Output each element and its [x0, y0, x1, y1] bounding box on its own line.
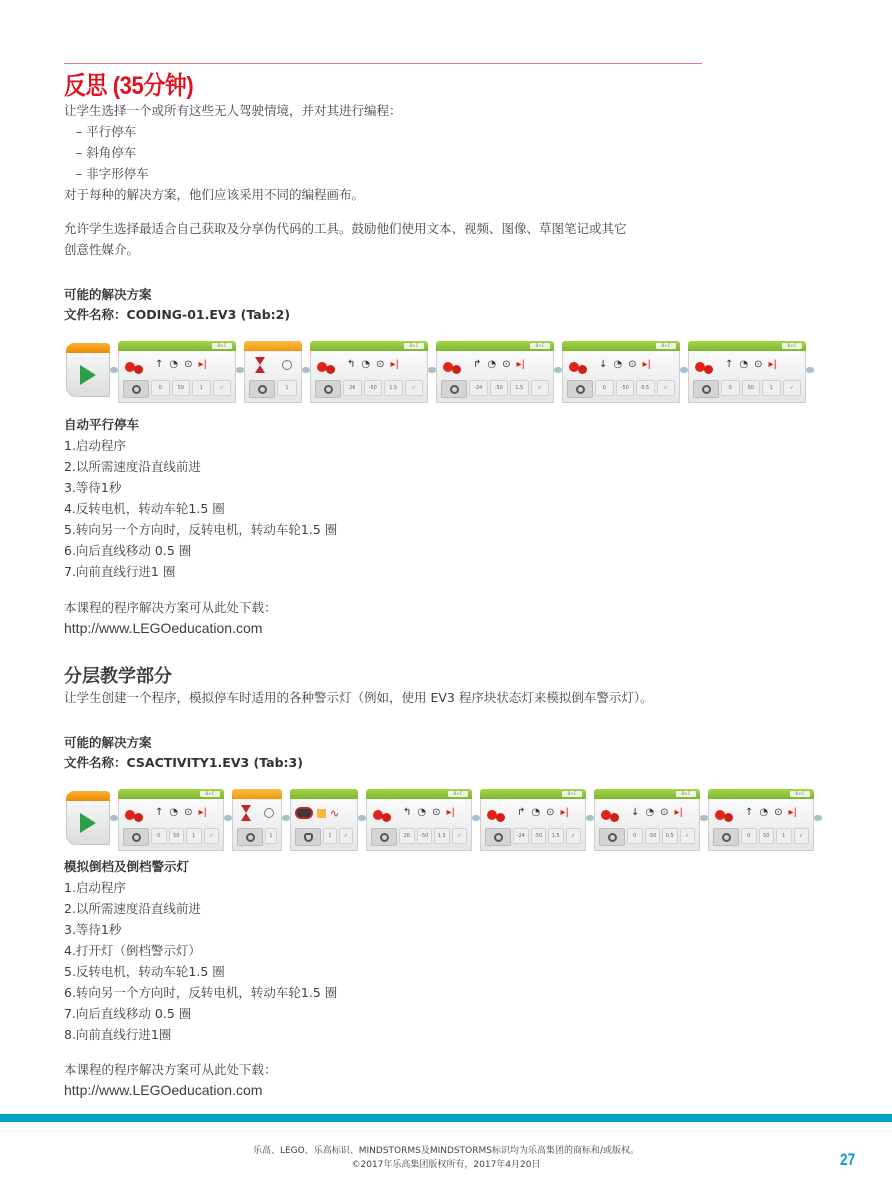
param-steering: 0 [151, 828, 167, 844]
mode-selector [249, 380, 275, 398]
param-brake: ✓ [213, 380, 232, 396]
arrow-up-icon: ↑ [725, 360, 733, 370]
param-power: -50 [531, 828, 547, 844]
timer-icon [282, 360, 292, 370]
scenario-item: – 平行停车 [76, 121, 136, 142]
hourglass-icon [255, 357, 265, 373]
param-power: -50 [645, 828, 661, 844]
play-icon [80, 813, 96, 833]
move-steering-block: B+C ↑ ◔ ⊙ ▸| 0 50 1 ✓ [118, 789, 224, 853]
download-link[interactable]: http://www.LEGOeducation.com [64, 618, 262, 639]
speed-dial-icon: ◔ [613, 360, 622, 370]
motor-icon [441, 356, 467, 374]
turn-left-icon: ↰ [403, 808, 411, 818]
mode-selector [713, 828, 739, 846]
mode-selector [485, 828, 511, 846]
port-label: B+C [676, 791, 696, 797]
speed-dial-icon: ◔ [739, 360, 748, 370]
step-item: 6.向后直线移动 0.5 圈 [64, 540, 191, 561]
brake-icon: ▸| [391, 360, 399, 370]
move-steering-block: B+C ↱ ◔ ⊙ ▸| -24 -50 1.5 ✓ [436, 341, 554, 405]
param-rotations: 0.5 [662, 828, 678, 844]
sequence-wire [586, 815, 594, 821]
speed-dial-icon: ◔ [169, 360, 178, 370]
color-swatch-icon [317, 809, 326, 818]
port-label: B+C [212, 343, 232, 349]
param-power: -50 [364, 380, 383, 396]
move-steering-block: B+C ↑ ◔ ⊙ ▸| 0 50 1 ✓ [118, 341, 236, 405]
arrow-up-icon: ↑ [155, 360, 163, 370]
motor-icon [315, 356, 341, 374]
param-brake: ✓ [657, 380, 676, 396]
document-page: 反思 (35分钟) 让学生选择一个或所有这些无人驾驶情境，并对其进行编程： – … [0, 0, 892, 1190]
param-steering: 0 [627, 828, 643, 844]
step-item: 3.等待1秒 [64, 919, 121, 940]
speed-dial-icon: ◔ [417, 808, 426, 818]
move-steering-block: B+C ↱ ◔ ⊙ ▸| -24 -50 1.5 ✓ [480, 789, 586, 853]
rotations-icon: ⊙ [184, 808, 192, 818]
param-steering: 26 [343, 380, 362, 396]
param-steering: 0 [741, 828, 757, 844]
pulse-icon: ∿ [330, 807, 339, 820]
speed-dial-icon: ◔ [531, 808, 540, 818]
sequence-wire [224, 815, 232, 821]
sequence-wire [110, 815, 118, 821]
sequence-wire [700, 815, 708, 821]
solution1-filename: 文件名称：CODING-01.EV3 (Tab:2) [64, 304, 290, 325]
sequence-wire [472, 815, 480, 821]
reflection-intro: 让学生选择一个或所有这些无人驾驶情境，并对其进行编程： [64, 100, 402, 121]
port-label: B+C [656, 343, 676, 349]
port-label: B+C [790, 791, 810, 797]
speed-dial-icon: ◔ [361, 360, 370, 370]
motor-icon [123, 356, 149, 374]
mode-selector [371, 828, 397, 846]
param-steering: 0 [595, 380, 614, 396]
param-rotations: 1 [192, 380, 211, 396]
mode-selector [237, 828, 263, 846]
scenario-item: – 斜角停车 [76, 142, 136, 163]
mode-selector [295, 828, 321, 846]
differentiation-title: 分层教学部分 [64, 662, 172, 688]
port-label: B+C [782, 343, 802, 349]
sequence-wire [428, 367, 436, 373]
solution1-heading: 可能的解决方案 [64, 284, 152, 305]
step-item: 5.反转电机，转动车轮1.5 圈 [64, 961, 225, 982]
speed-dial-icon: ◔ [169, 808, 178, 818]
trademark-notice: 乐高、LEGO、乐高标识、MINDSTORMS及MINDSTORMS标识均为乐高… [0, 1143, 892, 1156]
param-rotations: 0.5 [636, 380, 655, 396]
sequence-wire [302, 367, 310, 373]
step-item: 4.反转电机，转动车轮1.5 圈 [64, 498, 225, 519]
solution1-steps-title: 自动平行停车 [64, 414, 139, 435]
differentiation-description: 让学生创建一个程序，模拟停车时适用的各种警示灯（例如，使用 EV3 程序块状态灯… [64, 687, 653, 708]
page-number: 27 [840, 1150, 855, 1170]
param-brake: ✓ [680, 828, 696, 844]
play-icon [80, 365, 96, 385]
param-rotations: 1.5 [510, 380, 529, 396]
param-seconds: 1 [265, 828, 277, 844]
param-power: 50 [742, 380, 761, 396]
port-label: B+C [448, 791, 468, 797]
tools-note-line1: 允许学生选择最适合自己获取及分享伪代码的工具。鼓励他们使用文本、视频、图像、草图… [64, 218, 627, 239]
param-steering: -24 [469, 380, 488, 396]
arrow-down-icon: ↓ [599, 360, 607, 370]
param-brake: ✓ [783, 380, 802, 396]
motor-icon [693, 356, 719, 374]
wait-block: 1 [232, 789, 282, 853]
rotations-icon: ⊙ [184, 360, 192, 370]
brake-icon: ▸| [675, 808, 683, 818]
sequence-wire [236, 367, 244, 373]
arrow-down-icon: ↓ [631, 808, 639, 818]
download-label: 本课程的程序解决方案可从此处下载： [64, 1059, 277, 1080]
param-brake: ✓ [452, 828, 468, 844]
step-item: 6.转向另一个方向时，反转电机，转动车轮1.5 圈 [64, 982, 337, 1003]
speed-dial-icon: ◔ [645, 808, 654, 818]
move-steering-block: B+C ↓ ◔ ⊙ ▸| 0 -50 0.5 ✓ [594, 789, 700, 853]
step-item: 8.向前直线行进1圈 [64, 1024, 171, 1045]
sequence-wire [680, 367, 688, 373]
rotations-icon: ⊙ [660, 808, 668, 818]
brake-icon: ▸| [517, 360, 525, 370]
speed-dial-icon: ◔ [759, 808, 768, 818]
motor-icon [567, 356, 593, 374]
start-block [66, 791, 110, 853]
port-label: B+C [530, 343, 550, 349]
param-steering: 26 [399, 828, 415, 844]
speed-dial-icon: ◔ [487, 360, 496, 370]
rotations-icon: ⊙ [754, 360, 762, 370]
mode-selector [599, 828, 625, 846]
param-brake: ✓ [204, 828, 220, 844]
step-item: 4.打开灯（倒档警示灯） [64, 940, 201, 961]
param-rotations: 1 [762, 380, 781, 396]
mode-selector [567, 380, 593, 398]
port-label: B+C [562, 791, 582, 797]
wait-block: 1 [244, 341, 302, 405]
param-power: 50 [169, 828, 185, 844]
param-rotations: 1.5 [434, 828, 450, 844]
sequence-wire [110, 367, 118, 373]
sequence-wire [282, 815, 290, 821]
solution2-heading: 可能的解决方案 [64, 732, 152, 753]
brick-status-light-block: ∿ 1 ✓ [290, 789, 358, 853]
sequence-wire [358, 815, 366, 821]
param-steering: 0 [151, 380, 170, 396]
param-rotations: 1 [776, 828, 792, 844]
param-brake: ✓ [531, 380, 550, 396]
top-divider [64, 63, 702, 64]
param-brake: ✓ [566, 828, 582, 844]
program-strip-1: B+C ↑ ◔ ⊙ ▸| 0 50 1 ✓ [66, 341, 814, 409]
rotations-icon: ⊙ [774, 808, 782, 818]
motor-icon [713, 804, 739, 822]
rotations-icon: ⊙ [628, 360, 636, 370]
move-steering-block: B+C ↰ ◔ ⊙ ▸| 26 -50 1.5 ✓ [366, 789, 472, 853]
rotations-icon: ⊙ [432, 808, 440, 818]
brake-icon: ▸| [199, 808, 207, 818]
solution2-steps-title: 模拟倒档及倒档警示灯 [64, 856, 189, 877]
step-item: 7.向前直线行进1 圈 [64, 561, 175, 582]
turn-left-icon: ↰ [347, 360, 355, 370]
mode-selector [123, 380, 149, 398]
sequence-wire [554, 367, 562, 373]
step-item: 7.向后直线移动 0.5 圈 [64, 1003, 191, 1024]
param-pulse: ✓ [339, 828, 353, 844]
arrow-up-icon: ↑ [155, 808, 163, 818]
mode-selector [441, 380, 467, 398]
footer-bar [0, 1114, 892, 1122]
canvas-note: 对于每种的解决方案，他们应该采用不同的编程画布。 [64, 184, 364, 205]
param-color: 1 [323, 828, 337, 844]
param-brake: ✓ [405, 380, 424, 396]
hourglass-icon [241, 805, 251, 821]
param-rotations: 1 [186, 828, 202, 844]
rotations-icon: ⊙ [502, 360, 510, 370]
download-label: 本课程的程序解决方案可从此处下载： [64, 597, 277, 618]
mode-selector [315, 380, 341, 398]
motor-icon [123, 804, 149, 822]
brake-icon: ▸| [643, 360, 651, 370]
step-item: 1.启动程序 [64, 435, 126, 456]
timer-icon [264, 808, 274, 818]
step-item: 1.启动程序 [64, 877, 126, 898]
mode-selector [693, 380, 719, 398]
turn-right-icon: ↱ [517, 808, 525, 818]
move-steering-block: B+C ↑ ◔ ⊙ ▸| 0 50 1 ✓ [708, 789, 814, 853]
program-strip-2: B+C ↑ ◔ ⊙ ▸| 0 50 1 ✓ [66, 789, 822, 857]
brake-icon: ▸| [561, 808, 569, 818]
brake-icon: ▸| [789, 808, 797, 818]
move-steering-block: B+C ↑ ◔ ⊙ ▸| 0 50 1 ✓ [688, 341, 806, 405]
param-rotations: 1.5 [548, 828, 564, 844]
port-label: B+C [200, 791, 220, 797]
move-steering-block: B+C ↓ ◔ ⊙ ▸| 0 -50 0.5 ✓ [562, 341, 680, 405]
param-power: -50 [490, 380, 509, 396]
sequence-wire-end [814, 815, 822, 821]
param-power: 50 [759, 828, 775, 844]
param-steering: -24 [513, 828, 529, 844]
brake-icon: ▸| [447, 808, 455, 818]
arrow-up-icon: ↑ [745, 808, 753, 818]
motor-icon [599, 804, 625, 822]
step-item: 3.等待1秒 [64, 477, 121, 498]
reflection-title: 反思 (35分钟) [64, 66, 193, 102]
mode-selector [123, 828, 149, 846]
param-power: -50 [417, 828, 433, 844]
motor-icon [485, 804, 511, 822]
rotations-icon: ⊙ [376, 360, 384, 370]
step-item: 2.以所需速度沿直线前进 [64, 898, 201, 919]
turn-right-icon: ↱ [473, 360, 481, 370]
param-power: 50 [172, 380, 191, 396]
start-block [66, 343, 110, 405]
param-power: -50 [616, 380, 635, 396]
rotations-icon: ⊙ [546, 808, 554, 818]
param-rotations: 1.5 [384, 380, 403, 396]
copyright-notice: ©2017年乐高集团版权所有，2017年4月20日 [0, 1157, 892, 1170]
brake-icon: ▸| [769, 360, 777, 370]
param-seconds: 1 [277, 380, 297, 396]
param-steering: 0 [721, 380, 740, 396]
sequence-wire-end [806, 367, 814, 373]
param-brake: ✓ [794, 828, 810, 844]
scenario-item: – 非字形停车 [76, 163, 149, 184]
port-label: B+C [404, 343, 424, 349]
move-steering-block: B+C ↰ ◔ ⊙ ▸| 26 -50 1.5 ✓ [310, 341, 428, 405]
download-link[interactable]: http://www.LEGOeducation.com [64, 1080, 262, 1101]
step-item: 2.以所需速度沿直线前进 [64, 456, 201, 477]
step-item: 5.转向另一个方向时，反转电机，转动车轮1.5 圈 [64, 519, 337, 540]
status-light-icon [295, 807, 313, 819]
tools-note-line2: 创意性媒介。 [64, 239, 139, 260]
motor-icon [371, 804, 397, 822]
solution2-filename: 文件名称：CSACTIVITY1.EV3 (Tab:3) [64, 752, 303, 773]
brake-icon: ▸| [199, 360, 207, 370]
